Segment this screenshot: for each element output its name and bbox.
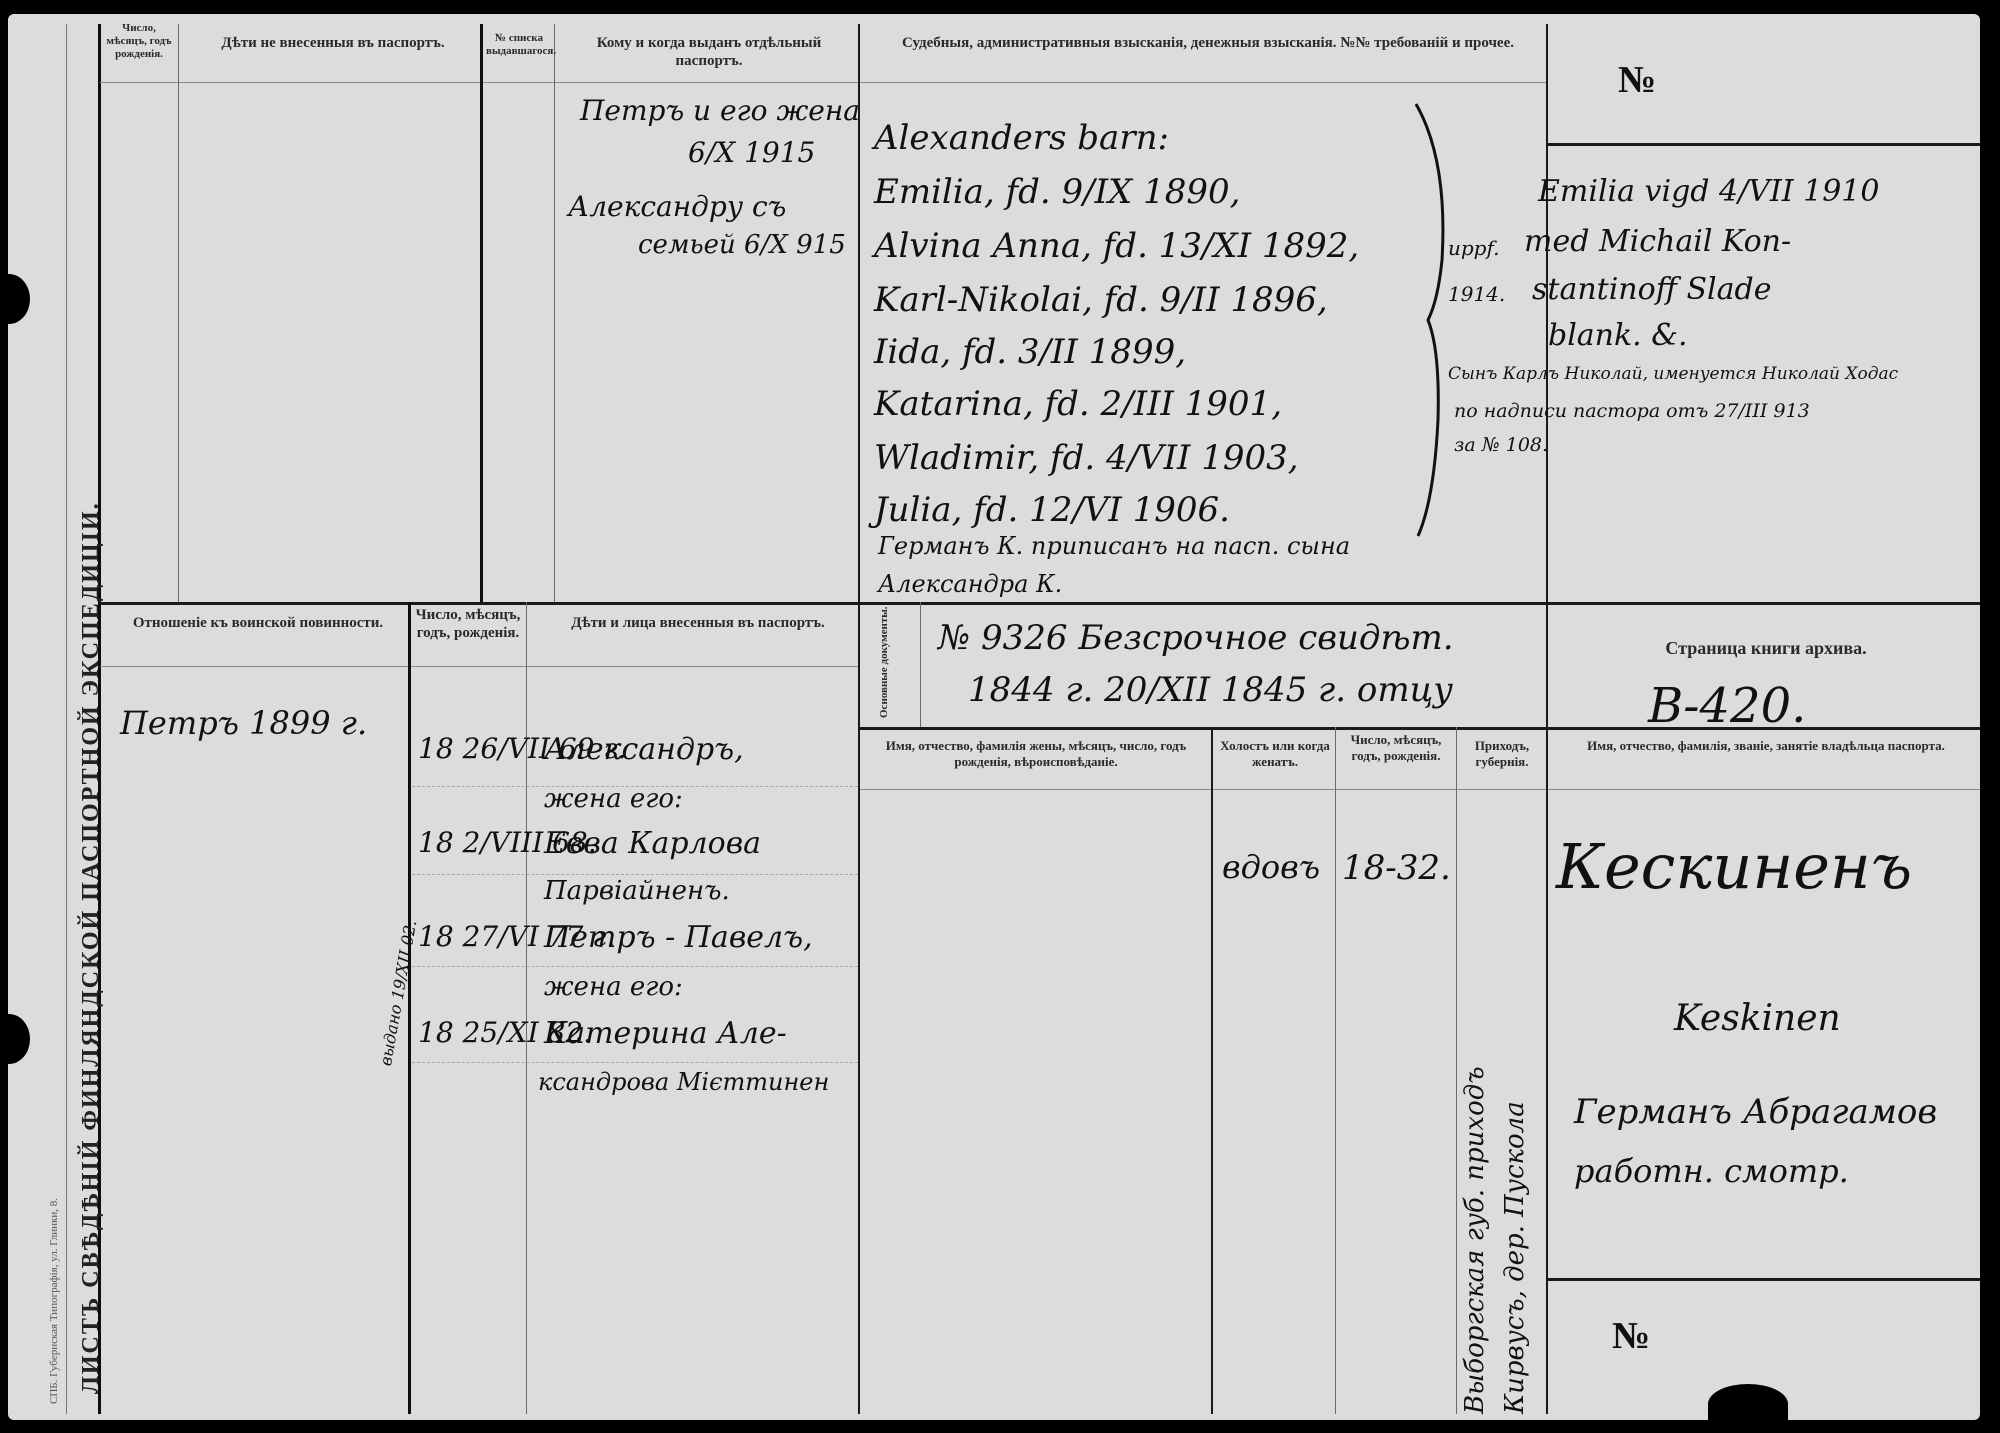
- archive-page-value: В-420.: [1648, 678, 1806, 734]
- spine-line-outer: [66, 24, 67, 1414]
- number-mark-bottom: №: [1612, 1314, 1650, 1358]
- judicial-line: Iida, fd. 3/II 1899,: [874, 332, 1186, 372]
- header-parish: Приходъ, губернія.: [1460, 738, 1544, 769]
- header-children-entered: Дѣти и лица внесенныя въ паспортъ.: [548, 614, 848, 632]
- header-archive-page: Страница книги архива.: [1556, 638, 1976, 660]
- owner-name: Германъ Абрагамов: [1574, 1092, 1937, 1132]
- lower-subhead-rule: [860, 727, 1980, 730]
- separate-passport-line: семьей 6/X 915: [638, 230, 846, 260]
- judicial-line: Karl-Nikolai, fd. 9/II 1896,: [874, 280, 1328, 320]
- header-wife: Имя, отчество, фамилія жены, мѣсяцъ, чис…: [866, 738, 1206, 769]
- birth-date-value: 18-32.: [1342, 848, 1451, 888]
- col-line: [1335, 727, 1336, 1414]
- person-name: жена его:: [544, 784, 683, 814]
- ink-blot: [1708, 1384, 1788, 1424]
- col-line: [408, 602, 411, 1414]
- upper-header-rule: [100, 82, 1546, 83]
- person-name: Петръ - Павелъ,: [544, 920, 813, 955]
- header-list-issued: № списка выдавшагося.: [486, 32, 552, 58]
- ruled-line: [412, 1062, 858, 1063]
- owner-surname-latin: Keskinen: [1674, 998, 1841, 1039]
- binding-hole-bottom: [0, 1014, 30, 1064]
- header-judicial: Судебныя, административныя взысканія, де…: [878, 34, 1538, 52]
- document-line: 1844 г. 20/XII 1845 г. отцу: [968, 670, 1453, 710]
- name-change-note: за № 108.: [1454, 434, 1548, 456]
- col-line: [1211, 727, 1213, 1414]
- separate-passport-line: Александру съ: [568, 190, 786, 223]
- parish-value: Выборгская губ. приходъ: [1460, 1066, 1490, 1414]
- header-to-whom-issued: Кому и когда выданъ отдѣльный паспортъ.: [564, 34, 854, 70]
- col-line: [480, 24, 483, 602]
- col-line: [858, 24, 860, 1414]
- header-single-married: Холостъ или когда женатъ.: [1218, 738, 1332, 769]
- number-box-bottom: [1546, 143, 1980, 146]
- judicial-line: Emilia, fd. 9/IX 1890,: [874, 172, 1240, 212]
- binding-hole-top: [0, 274, 30, 324]
- header-birth-date: Число, мѣсяцъ, годъ рожденія.: [102, 22, 176, 62]
- single-married-value: вдовъ: [1222, 848, 1320, 886]
- marriage-note: Emilia vigd 4/VII 1910: [1538, 174, 1879, 209]
- header-owner: Имя, отчество, фамилія, званіе, занятіе …: [1556, 738, 1976, 754]
- header-children-not-entered: Дѣти не внесенныя въ паспортъ.: [188, 34, 478, 52]
- military-entry: Петръ 1899 г.: [120, 704, 367, 742]
- col-line: [554, 24, 555, 602]
- marriage-note: stantinoff Slade: [1532, 272, 1771, 307]
- lower-header-rule-left: [100, 666, 860, 667]
- col-line: [1456, 727, 1457, 1414]
- brace-mark: [1408, 100, 1468, 540]
- separate-passport-line: 6/X 1915: [688, 136, 815, 169]
- header-documents: Основные документы.: [878, 608, 891, 718]
- owner-occupation: работн. смотр.: [1574, 1152, 1849, 1190]
- judicial-line: Alvina Anna, fd. 13/XI 1892,: [874, 226, 1359, 266]
- passport-record-sheet: ЛИСТЪ СВѢДѢНІЙ ФИНЛЯНДСКОЙ ПАСПОРТНОЙ ЭК…: [8, 14, 1980, 1420]
- spine-title: ЛИСТЪ СВѢДѢНІЙ ФИНЛЯНДСКОЙ ПАСПОРТНОЙ ЭК…: [78, 501, 105, 1394]
- bracket-note: 1914.: [1448, 282, 1505, 306]
- person-name: жена его:: [544, 972, 683, 1002]
- judicial-line: Alexanders barn:: [874, 118, 1169, 158]
- german-note: Германъ К. приписанъ на пасп. сына: [878, 532, 1350, 560]
- name-change-note: Сынъ Карлъ Николай, именуется Николай Хо…: [1448, 364, 1898, 384]
- marriage-note: blank. &.: [1548, 318, 1688, 353]
- header-birth-date-lower: Число, мѣсяцъ, годъ, рожденія.: [412, 606, 524, 642]
- person-name: Александръ,: [544, 732, 744, 767]
- judicial-line: Katarina, fd. 2/III 1901,: [874, 384, 1282, 424]
- marriage-note: med Michail Kon-: [1524, 224, 1791, 259]
- person-name: Евва Карлова: [544, 826, 761, 861]
- german-note: Александра К.: [878, 570, 1062, 598]
- parish-value: Кирвусъ, дер. Пускола: [1500, 1101, 1530, 1414]
- owner-surname-ru: Кескиненъ: [1556, 830, 1912, 903]
- name-change-note: по надписи пастора отъ 27/III 913: [1454, 400, 1810, 422]
- person-name: Катерина Але-: [544, 1016, 787, 1051]
- person-name: ксандрова Мієттинен: [538, 1068, 829, 1096]
- lower-header-rule-right: [860, 789, 1980, 790]
- number-mark-top: №: [1618, 58, 1656, 102]
- judicial-line: Julia, fd. 12/VI 1906.: [874, 490, 1230, 530]
- ruled-line: [412, 966, 858, 967]
- judicial-line: Wladimir, fd. 4/VII 1903,: [874, 438, 1299, 478]
- bracket-note: uppf.: [1448, 236, 1500, 260]
- header-birth-date-2: Число, мѣсяцъ, годъ, рожденія.: [1338, 732, 1454, 763]
- bottom-number-rule: [1546, 1278, 1980, 1281]
- separate-passport-line: Петръ и его жена: [580, 94, 860, 127]
- document-line: № 9326 Безсрочное свидѣт.: [938, 618, 1454, 658]
- header-military: Отношеніе къ воинской повинности.: [118, 614, 398, 632]
- mid-rule: [100, 602, 1980, 605]
- ruled-line: [412, 874, 858, 875]
- person-name: Парвіайненъ.: [544, 876, 730, 906]
- col-line: [526, 602, 527, 1414]
- col-line: [920, 602, 921, 727]
- col-line: [178, 24, 179, 602]
- issued-vertical-note: выдано 19/XII 02.: [376, 919, 420, 1068]
- printer-note: СПБ. Губернская Типографія, ул. Глинки, …: [48, 1198, 60, 1404]
